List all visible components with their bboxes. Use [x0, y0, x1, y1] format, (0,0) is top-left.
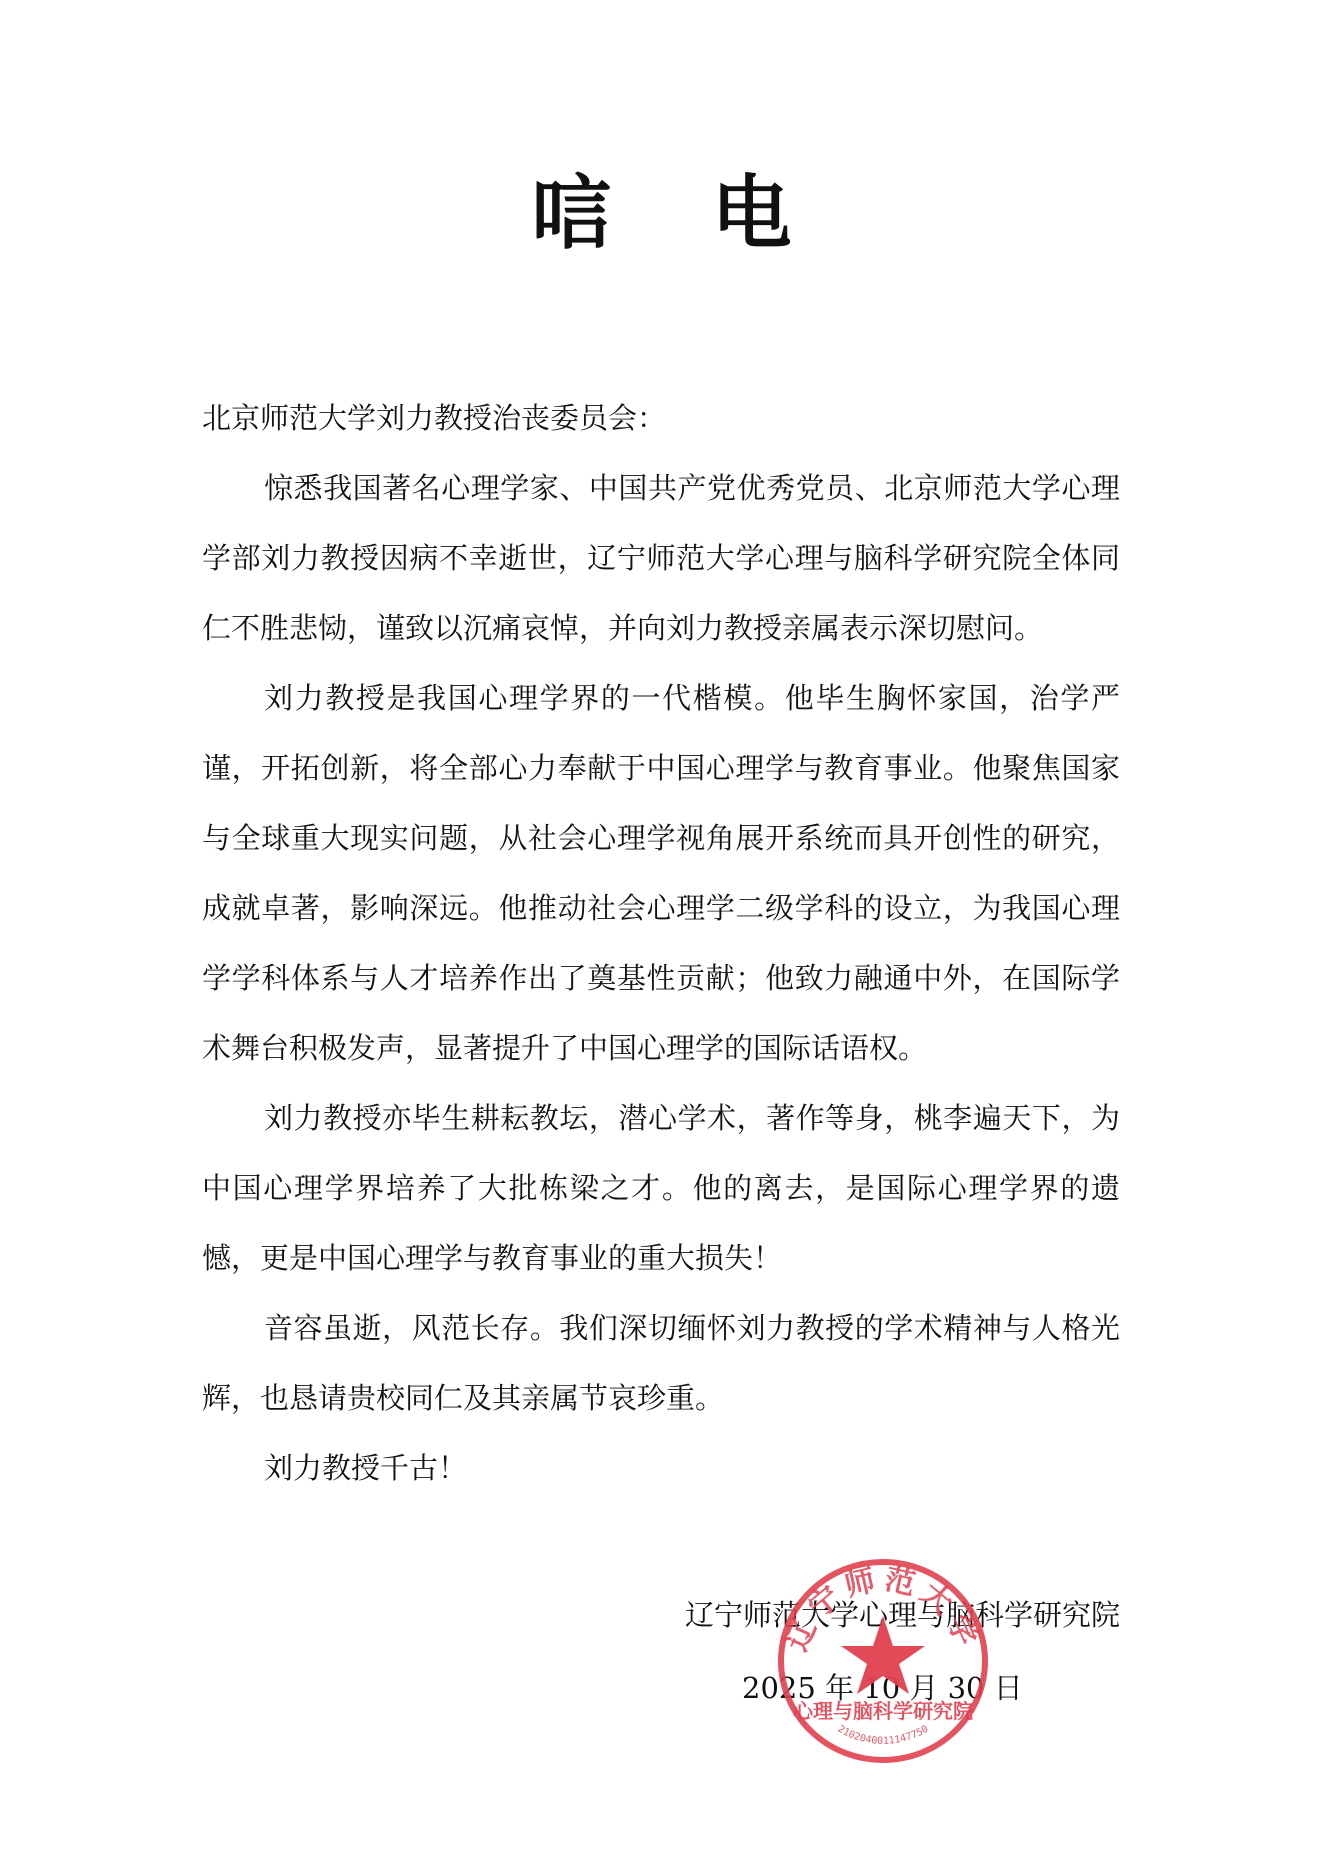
official-seal-stamp: 辽宁师范大学 心理与脑科学研究院 2102040011147750 — [775, 1556, 991, 1766]
svg-text:2102040011147750: 2102040011147750 — [836, 1724, 931, 1747]
seal-serial: 2102040011147750 — [836, 1724, 931, 1747]
title-char-1: 唁 — [532, 168, 612, 258]
paragraph-condolence: 惊悉我国著名心理学家、中国共产党优秀党员、北京师范大学心理学部刘力教授因病不幸逝… — [202, 453, 1120, 663]
paragraph-farewell: 刘力教授千古！ — [202, 1433, 1120, 1503]
signature-institution: 辽宁师范大学心理与脑科学研究院 — [685, 1595, 1120, 1635]
title-char-2: 电 — [712, 168, 792, 258]
paragraph-teaching: 刘力教授亦毕生耕耘教坛，潜心学术，著作等身，桃李遍天下，为中国心理学界培养了大批… — [202, 1083, 1120, 1293]
paragraph-achievements: 刘力教授是我国心理学界的一代楷模。他毕生胸怀家国，治学严谨，开拓创新，将全部心力… — [202, 663, 1120, 1083]
paragraph-remembrance: 音容虽逝，风范长存。我们深切缅怀刘力教授的学术精神与人格光辉，也恳请贵校同仁及其… — [202, 1293, 1120, 1433]
salutation: 北京师范大学刘力教授治丧委员会： — [202, 383, 1120, 453]
document-title: 唁电 — [0, 168, 1323, 258]
seal-icon: 辽宁师范大学 心理与脑科学研究院 2102040011147750 — [775, 1556, 991, 1766]
letter-body: 北京师范大学刘力教授治丧委员会： 惊悉我国著名心理学家、中国共产党优秀党员、北京… — [202, 383, 1120, 1503]
signature-date: 2025 年 10 月 30 日 — [742, 1668, 1023, 1708]
